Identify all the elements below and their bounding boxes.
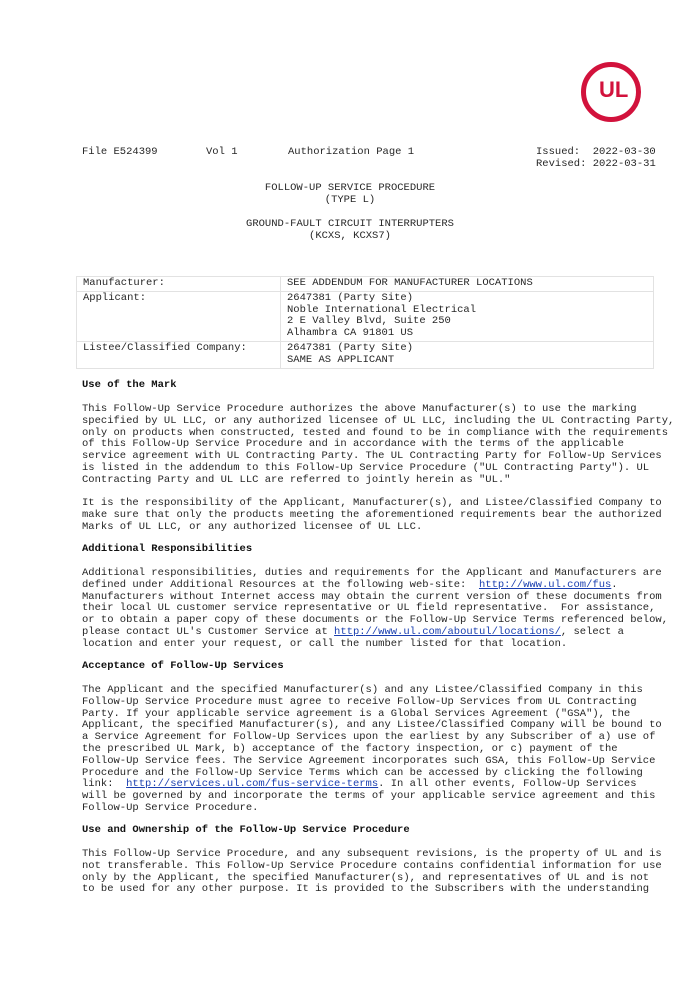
table-row: Manufacturer: SEE ADDENDUM FOR MANUFACTU…	[77, 277, 654, 292]
page-label: Authorization Page 1	[288, 147, 414, 159]
file-number: File E524399	[82, 147, 158, 159]
section-heading-acceptance: Acceptance of Follow-Up Services	[82, 661, 284, 673]
table-row: Listee/Classified Company: 2647381 (Part…	[77, 341, 654, 368]
text-line: Manufacturers without Internet access ma…	[82, 591, 668, 627]
additional-paragraph: Additional responsibilities, duties and …	[82, 568, 668, 651]
fus-link[interactable]: http://www.ul.com/fus	[479, 579, 611, 591]
applicant-label: Applicant:	[77, 291, 281, 341]
manufacturer-value: SEE ADDENDUM FOR MANUFACTURER LOCATIONS	[281, 277, 654, 292]
text-line: please contact UL's Customer Service at	[82, 626, 334, 638]
listee-label: Listee/Classified Company:	[77, 341, 281, 368]
revised-date: 2022-03-31	[593, 158, 656, 170]
text-line: location and enter your request, or call…	[82, 638, 567, 650]
issued-date: 2022-03-30	[593, 146, 656, 158]
section-heading-additional: Additional Responsibilities	[82, 544, 252, 556]
procedure-type: (TYPE L)	[0, 195, 700, 207]
party-info-table: Manufacturer: SEE ADDENDUM FOR MANUFACTU…	[76, 276, 654, 369]
text-line: . In all other events, Follow-Up Service…	[378, 778, 636, 790]
text-line: defined under Additional Resources at th…	[82, 579, 479, 591]
revised-label: Revised:	[536, 158, 586, 170]
table-row: Applicant: 2647381 (Party Site) Noble In…	[77, 291, 654, 341]
applicant-value: 2647381 (Party Site) Noble International…	[281, 291, 654, 341]
acceptance-paragraph: The Applicant and the specified Manufact…	[82, 685, 662, 815]
text-line: The Applicant and the specified Manufact…	[82, 684, 662, 779]
section-heading-use-of-mark: Use of the Mark	[82, 380, 177, 392]
ul-logo-icon: UL	[580, 61, 642, 123]
ownership-paragraph: This Follow-Up Service Procedure, and an…	[82, 849, 662, 896]
section-heading-ownership: Use and Ownership of the Follow-Up Servi…	[82, 825, 410, 837]
svg-text:UL: UL	[599, 77, 628, 102]
text-line: .	[611, 579, 617, 591]
locations-link[interactable]: http://www.ul.com/aboutul/locations/	[334, 626, 561, 638]
text-line: Additional responsibilities, duties and …	[82, 567, 662, 579]
issued-label: Issued:	[536, 146, 580, 158]
manufacturer-label: Manufacturer:	[77, 277, 281, 292]
listee-value: 2647381 (Party Site) SAME AS APPLICANT	[281, 341, 654, 368]
responsibility-paragraph: It is the responsibility of the Applican…	[82, 498, 662, 533]
text-line: , select a	[561, 626, 624, 638]
service-terms-link[interactable]: http://services.ul.com/fus-service-terms	[126, 778, 378, 790]
dates: Issued: 2022-03-30 Revised: 2022-03-31	[536, 147, 656, 171]
text-line: will be governed by and incorporate the …	[82, 790, 655, 814]
category-codes: (KCXS, KCXS7)	[0, 231, 700, 243]
text-line: link:	[82, 778, 126, 790]
volume: Vol 1	[206, 147, 238, 159]
use-of-mark-paragraph: This Follow-Up Service Procedure authori…	[82, 404, 674, 487]
